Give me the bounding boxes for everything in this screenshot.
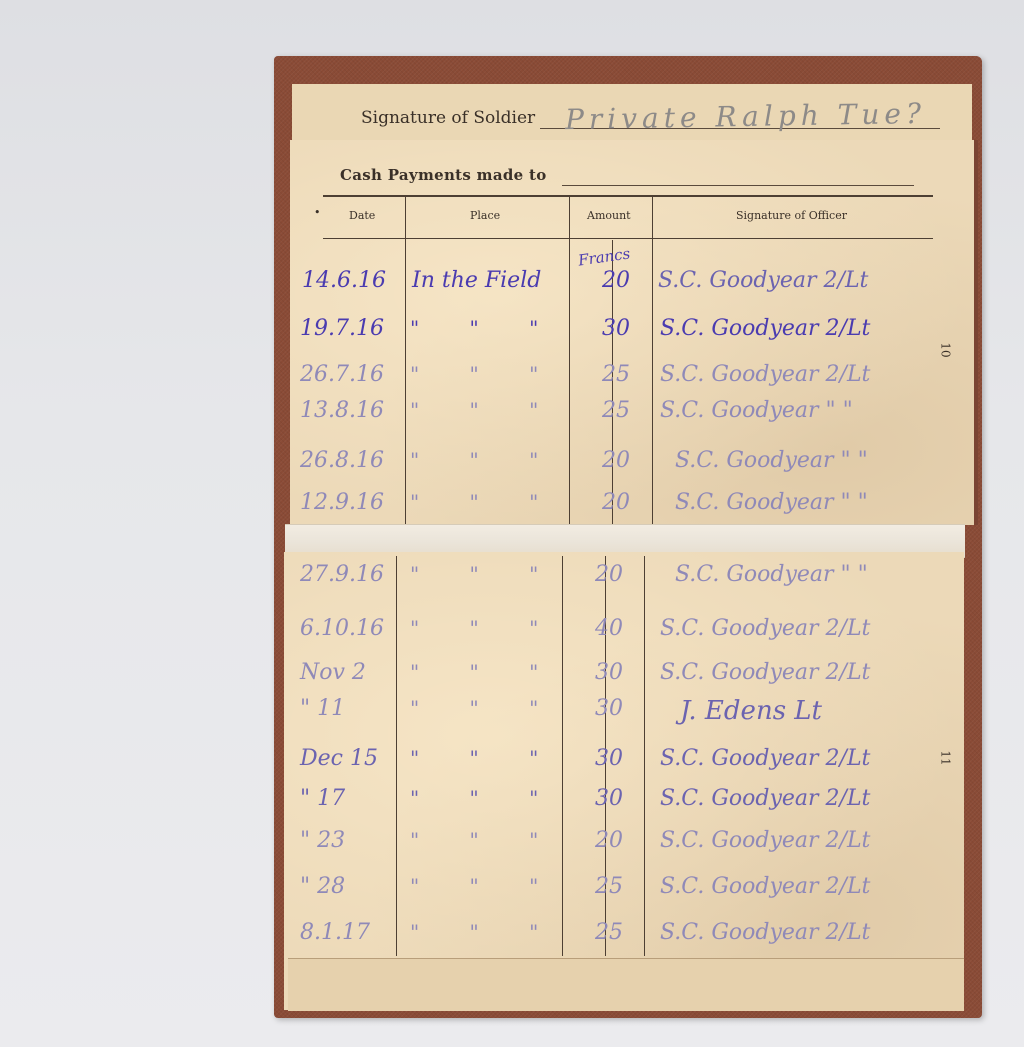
row-amount: 40	[573, 616, 623, 641]
row-amount: 30	[573, 696, 623, 721]
row-date: " 23	[300, 828, 400, 853]
table-top-rule	[323, 195, 933, 197]
row-amount: 25	[580, 398, 630, 423]
row-officer-signature: S.C. Goodyear " "	[675, 490, 868, 515]
row-place: " " "	[410, 362, 570, 386]
row-amount: 30	[573, 746, 623, 771]
row-amount: 30	[573, 786, 623, 811]
row-place: " " "	[410, 920, 570, 944]
row-date: " 17	[300, 786, 400, 811]
column-header-date: Date	[349, 209, 375, 222]
ledger-row: 14.6.16 In the Field 20 S.C. Goodyear 2/…	[290, 268, 970, 312]
row-date: Dec 15	[300, 746, 400, 771]
row-date: 6.10.16	[300, 616, 400, 641]
row-officer-signature: S.C. Goodyear " "	[675, 562, 868, 587]
row-date: 12.9.16	[300, 490, 400, 515]
row-officer-signature: S.C. Goodyear 2/Lt	[660, 362, 870, 387]
ledger-row: 13.8.16 " " " 25 S.C. Goodyear " "	[290, 398, 970, 442]
row-place: " " "	[410, 316, 570, 340]
row-officer-signature: S.C. Goodyear 2/Lt	[660, 920, 870, 945]
table-header-rule	[323, 238, 933, 239]
row-officer-signature: S.C. Goodyear 2/Lt	[660, 660, 870, 685]
row-date: 27.9.16	[300, 562, 400, 587]
row-place: " " "	[410, 786, 570, 810]
row-date: 26.8.16	[300, 448, 400, 473]
row-place: " " "	[410, 828, 570, 852]
row-place: " " "	[410, 562, 570, 586]
row-date: 26.7.16	[300, 362, 400, 387]
column-header-signature-of-officer: Signature of Officer	[736, 209, 847, 222]
row-amount: 20	[573, 828, 623, 853]
row-officer-signature: S.C. Goodyear 2/Lt	[660, 786, 870, 811]
row-date: 8.1.17	[300, 920, 400, 945]
page-footer-strip	[288, 958, 964, 1011]
row-date: " 28	[300, 874, 400, 899]
column-header-place: Place	[470, 209, 500, 222]
row-officer-signature: S.C. Goodyear 2/Lt	[660, 616, 870, 641]
bullet-mark: •	[314, 206, 321, 219]
row-date: Nov 2	[300, 660, 400, 685]
row-date: 19.7.16	[300, 316, 400, 341]
row-officer-signature: S.C. Goodyear 2/Lt	[658, 268, 868, 293]
row-officer-signature: S.C. Goodyear 2/Lt	[660, 316, 870, 341]
row-date: " 11	[300, 696, 400, 721]
ledger-row: 8.1.17 " " " 25 S.C. Goodyear 2/Lt	[290, 920, 970, 964]
row-amount: 25	[573, 920, 623, 945]
signature-of-soldier-label: Signature of Soldier	[361, 108, 535, 128]
column-header-amount: Amount	[587, 209, 631, 222]
row-officer-signature: J. Edens Lt	[680, 696, 822, 726]
ledger-row: " 17 " " " 30 S.C. Goodyear 2/Lt	[290, 786, 970, 830]
row-place: " " "	[410, 448, 570, 472]
ledger-row: 27.9.16 " " " 20 S.C. Goodyear " "	[290, 562, 970, 606]
row-place: " " "	[410, 398, 570, 422]
ledger-row: 6.10.16 " " " 40 S.C. Goodyear 2/Lt	[290, 616, 970, 660]
row-officer-signature: S.C. Goodyear 2/Lt	[660, 874, 870, 899]
row-place: In the Field	[412, 268, 541, 293]
ledger-row: 12.9.16 " " " 20 S.C. Goodyear " "	[290, 490, 970, 534]
row-amount: 30	[580, 316, 630, 341]
row-place: " " "	[410, 696, 570, 720]
row-place: " " "	[410, 490, 570, 514]
soldier-signature: Private Ralph Tue?	[565, 97, 926, 136]
row-place: " " "	[410, 660, 570, 684]
ledger-row: " 28 " " " 25 S.C. Goodyear 2/Lt	[290, 874, 970, 918]
cash-payments-line	[562, 185, 914, 186]
ledger-row: " 11 " " " 30 J. Edens Lt	[290, 696, 970, 740]
row-place: " " "	[410, 874, 570, 898]
row-officer-signature: S.C. Goodyear " "	[660, 398, 853, 423]
ledger-row: Dec 15 " " " 30 S.C. Goodyear 2/Lt	[290, 746, 970, 790]
row-amount: 20	[580, 490, 630, 515]
cash-payments-label: Cash Payments made to	[340, 166, 547, 184]
row-amount: 25	[580, 362, 630, 387]
row-place: " " "	[410, 746, 570, 770]
ledger-row: 19.7.16 " " " 30 S.C. Goodyear 2/Lt	[290, 316, 970, 360]
row-amount: 20	[573, 562, 623, 587]
row-amount: 25	[573, 874, 623, 899]
row-date: 13.8.16	[300, 398, 400, 423]
row-amount: 20	[580, 448, 630, 473]
row-officer-signature: S.C. Goodyear 2/Lt	[660, 828, 870, 853]
row-place: " " "	[410, 616, 570, 640]
row-officer-signature: S.C. Goodyear " "	[675, 448, 868, 473]
row-amount: 20	[580, 268, 630, 293]
row-amount: 30	[573, 660, 623, 685]
row-officer-signature: S.C. Goodyear 2/Lt	[660, 746, 870, 771]
ledger-row: " 23 " " " 20 S.C. Goodyear 2/Lt	[290, 828, 970, 872]
row-date: 14.6.16	[302, 268, 402, 293]
ledger-row: 26.8.16 " " " 20 S.C. Goodyear " "	[290, 448, 970, 492]
